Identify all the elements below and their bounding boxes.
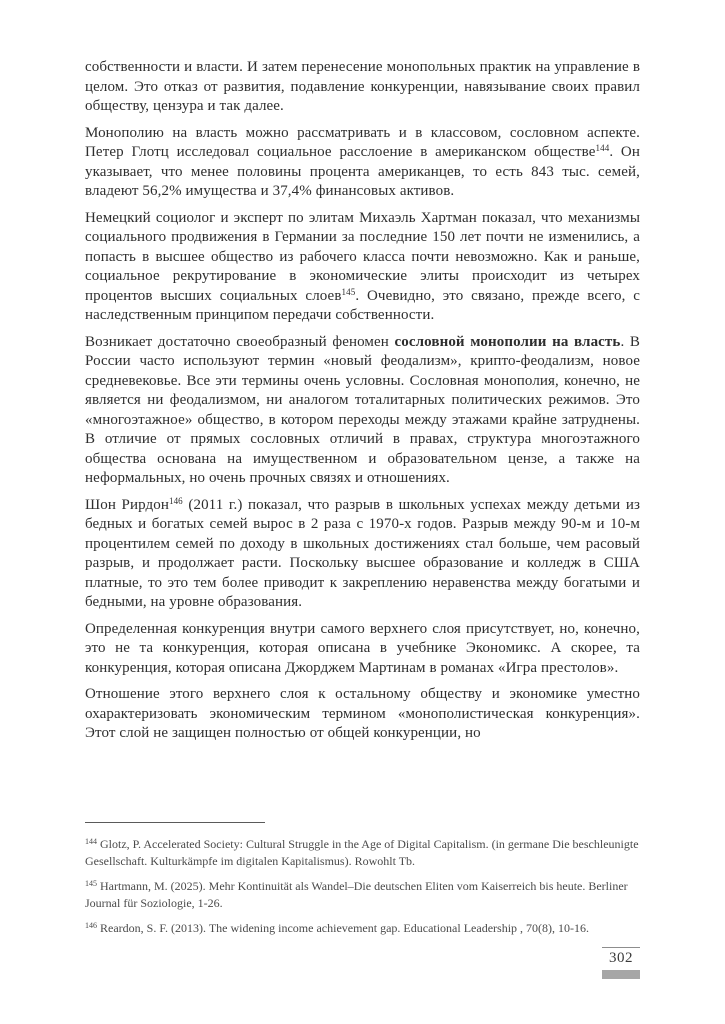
paragraph-4: Возникает достаточно своеобразный феноме… — [85, 333, 640, 489]
footnote-text: Glotz, P. Accelerated Society: Cultural … — [85, 837, 639, 868]
paragraph-6: Определенная конкуренция внутри самого в… — [85, 620, 640, 679]
footnotes-section: 144Glotz, P. Accelerated Society: Cultur… — [85, 836, 640, 946]
footnote-145: 145Hartmann, M. (2025). Mehr Kontinuität… — [85, 878, 640, 911]
page-number: 302 — [602, 948, 640, 968]
footnote-number: 144 — [85, 837, 97, 846]
footnote-text: Hartmann, M. (2025). Mehr Kontinuität al… — [85, 879, 628, 910]
footnote-text: Reardon, S. F. (2013). The widening inco… — [100, 921, 589, 935]
footnote-number: 145 — [85, 879, 97, 888]
footnote-146: 146Reardon, S. F. (2013). The widening i… — [85, 920, 640, 937]
footnote-separator — [85, 822, 265, 823]
page-number-block: 302 — [602, 947, 640, 979]
paragraph-5: Шон Рирдон146 (2011 г.) показал, что раз… — [85, 496, 640, 613]
footnote-number: 146 — [85, 921, 97, 930]
document-page: собственности и власти. И затем перенесе… — [0, 0, 725, 1024]
paragraph-1: собственности и власти. И затем перенесе… — [85, 58, 640, 117]
page-number-bar — [602, 970, 640, 979]
page-body: собственности и власти. И затем перенесе… — [85, 58, 640, 751]
paragraph-7: Отношение этого верхнего слоя к остально… — [85, 685, 640, 744]
paragraph-2: Монополию на власть можно рассматривать … — [85, 124, 640, 202]
paragraph-3: Немецкий социолог и эксперт по элитам Ми… — [85, 209, 640, 326]
footnote-144: 144Glotz, P. Accelerated Society: Cultur… — [85, 836, 640, 869]
